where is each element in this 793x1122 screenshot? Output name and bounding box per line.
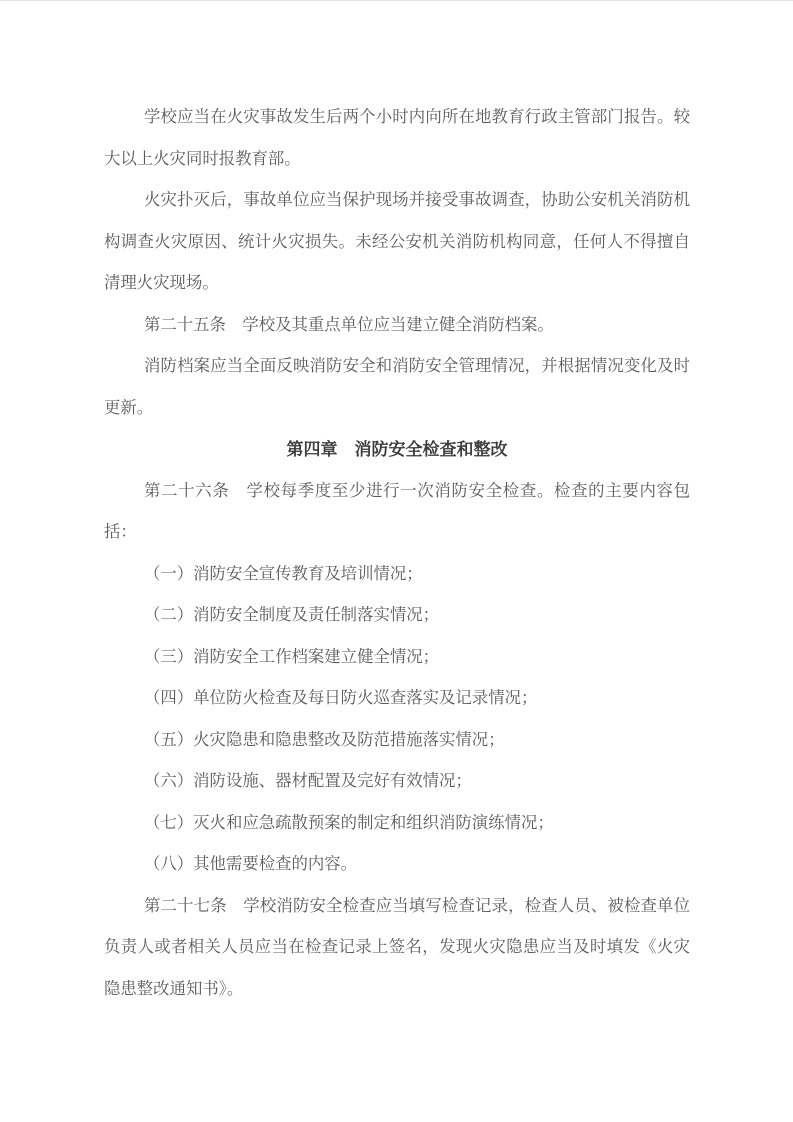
list-item-7: （七）灭火和应急疏散预案的制定和组织消防演练情况； xyxy=(104,803,690,845)
paragraph-article-27: 第二十七条 学校消防安全检查应当填写检查记录，检查人员、被检查单位负责人或者相关… xyxy=(104,886,690,1011)
list-item-3: （三）消防安全工作档案建立健全情况； xyxy=(104,637,690,679)
list-item-4: （四）单位防火检查及每日防火巡查落实及记录情况； xyxy=(104,678,690,720)
list-item-2-line-1: （二）消防安全制度及责任制落实情况； xyxy=(104,595,690,637)
paragraph-article-27-line-1: 第二十七条 学校消防安全检查应当填写检查记录，检查人员、被检查单位 xyxy=(104,886,690,928)
paragraph-after-extinguish-line-1: 火灾扑灭后，事故单位应当保护现场并接受事故调查，协助公安机关消防机 xyxy=(104,180,690,222)
paragraph-fire-report: 学校应当在火灾事故发生后两个小时内向所在地教育行政主管部门报告。较大以上火灾同时… xyxy=(104,97,690,180)
chapter-4-heading: 第四章 消防安全检查和整改 xyxy=(104,429,690,471)
paragraph-article-26: 第二十六条 学校每季度至少进行一次消防安全检查。检查的主要内容包括： xyxy=(104,471,690,554)
paragraph-fire-report-line-2: 大以上火灾同时报教育部。 xyxy=(104,139,690,181)
chapter-heading: 第四章 消防安全检查和整改 xyxy=(104,429,690,471)
list-item-6: （六）消防设施、器材配置及完好有效情况； xyxy=(104,761,690,803)
list-item-1-line-1: （一）消防安全宣传教育及培训情况； xyxy=(104,554,690,596)
document-body: 学校应当在火灾事故发生后两个小时内向所在地教育行政主管部门报告。较大以上火灾同时… xyxy=(0,1,793,1010)
paragraph-article-25: 第二十五条 学校及其重点单位应当建立健全消防档案。 xyxy=(104,305,690,347)
paragraph-article-27-line-3: 隐患整改通知书》。 xyxy=(104,969,690,1011)
list-item-1: （一）消防安全宣传教育及培训情况； xyxy=(104,554,690,596)
paragraph-article-26-line-2: 括： xyxy=(104,512,690,554)
list-item-5: （五）火灾隐患和隐患整改及防范措施落实情况； xyxy=(104,720,690,762)
paragraph-article-27-line-2: 负责人或者相关人员应当在检查记录上签名，发现火灾隐患应当及时填发《火灾 xyxy=(104,927,690,969)
paragraph-after-extinguish: 火灾扑灭后，事故单位应当保护现场并接受事故调查，协助公安机关消防机构调查火灾原因… xyxy=(104,180,690,305)
list-item-4-line-1: （四）单位防火检查及每日防火巡查落实及记录情况； xyxy=(104,678,690,720)
paragraph-article-26-line-1: 第二十六条 学校每季度至少进行一次消防安全检查。检查的主要内容包 xyxy=(104,471,690,513)
list-item-3-line-1: （三）消防安全工作档案建立健全情况； xyxy=(104,637,690,679)
list-item-7-line-1: （七）灭火和应急疏散预案的制定和组织消防演练情况； xyxy=(104,803,690,845)
paragraph-archive-update-line-1: 消防档案应当全面反映消防安全和消防安全管理情况，并根据情况变化及时 xyxy=(104,346,690,388)
document-page: 学校应当在火灾事故发生后两个小时内向所在地教育行政主管部门报告。较大以上火灾同时… xyxy=(0,0,793,1122)
list-item-2: （二）消防安全制度及责任制落实情况； xyxy=(104,595,690,637)
paragraph-archive-update: 消防档案应当全面反映消防安全和消防安全管理情况，并根据情况变化及时更新。 xyxy=(104,346,690,429)
list-item-8-line-1: （八）其他需要检查的内容。 xyxy=(104,844,690,886)
paragraph-article-25-line-1: 第二十五条 学校及其重点单位应当建立健全消防档案。 xyxy=(104,305,690,347)
paragraph-fire-report-line-1: 学校应当在火灾事故发生后两个小时内向所在地教育行政主管部门报告。较 xyxy=(104,97,690,139)
list-item-6-line-1: （六）消防设施、器材配置及完好有效情况； xyxy=(104,761,690,803)
paragraph-after-extinguish-line-3: 清理火灾现场。 xyxy=(104,263,690,305)
paragraph-archive-update-line-2: 更新。 xyxy=(104,388,690,430)
paragraph-after-extinguish-line-2: 构调查火灾原因、统计火灾损失。未经公安机关消防机构同意，任何人不得擅自 xyxy=(104,222,690,264)
list-item-5-line-1: （五）火灾隐患和隐患整改及防范措施落实情况； xyxy=(104,720,690,762)
list-item-8: （八）其他需要检查的内容。 xyxy=(104,844,690,886)
